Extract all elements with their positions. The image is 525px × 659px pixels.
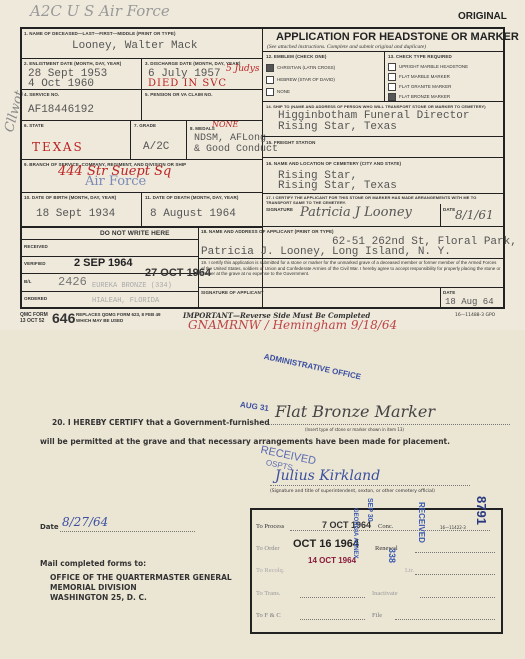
routing-trans-label: To Trans. (256, 590, 280, 597)
transport-date-label: DATE (443, 207, 455, 212)
transport-sig-label: SIGNATURE (266, 207, 293, 212)
form-replaces: REPLACES QDMG FORM 623, 8 FEB 49 WHICH M… (76, 312, 176, 323)
discharge-note: 5 Judys (226, 64, 259, 74)
copy-label: ORIGINAL (458, 11, 507, 22)
checkbox-icon (266, 76, 274, 84)
enlistment-label: 2. ENLISTMENT DATE (Month, Day, Year) (24, 61, 121, 66)
checkbox-checked-icon (266, 64, 274, 72)
death-label: 11. DATE OF DEATH (Month, Day, Year) (145, 195, 238, 200)
died-in-service-note: DIED IN SVC (148, 78, 227, 89)
applicant-name: Patricia J. Looney, (201, 246, 326, 258)
bl-label: B/L (24, 279, 32, 284)
routing-recolq-label: To Recolq. (256, 567, 284, 574)
number-338-stamp: 338 (387, 548, 397, 563)
applicant-address-2: Long Island, N. Y. (332, 246, 451, 258)
birth-date: 18 Sept 1934 (36, 208, 115, 220)
routing-file-label: File (372, 612, 382, 619)
checkbox-icon (388, 83, 396, 91)
date-value: 8/27/64 (62, 515, 108, 529)
certification-text: 19. I certify this application is submit… (201, 260, 501, 277)
service-no-label: 4. SERVICE NO. (24, 92, 59, 97)
applicant-date: 18 Aug 64 (445, 296, 494, 308)
routing-recolq-stamp: 14 OCT 1964 (308, 556, 356, 565)
enlistment-date-2: 4 Oct 1960 (28, 78, 94, 90)
transport-signature: Patricia J Looney (300, 205, 412, 220)
deceased-name: Looney, Walter Mack (72, 40, 197, 52)
office-use-header: DO NOT WRITE HERE (100, 230, 170, 237)
routing-fc-label: To F & C (256, 612, 281, 619)
service-no: AF18446192 (28, 104, 94, 116)
received-vertical-stamp: RECEIVED (417, 502, 426, 543)
form-id: QMC FORM 13 OCT 52 (20, 312, 50, 324)
medals-value-2: & Good Conduct (194, 144, 278, 156)
birth-label: 10. DATE OF BIRTH (Month, Day, Year) (24, 195, 116, 200)
date-label: Date (40, 523, 59, 531)
received-label: RECEIVED (24, 244, 48, 249)
emblem-christian[interactable]: CHRISTIAN (Latin Cross) (266, 64, 335, 72)
routing-inactivate-label: Inactivate (372, 590, 398, 597)
marker-type-sublabel: (Insert type of stone or marker shown in… (305, 427, 404, 432)
official-label: (Signature and title of superintendent, … (270, 489, 435, 494)
routing-process-stamp: 7 OCT 1964 (322, 520, 371, 530)
certify-prefix: 20. I HEREBY CERTIFY that a Government-f… (52, 418, 270, 427)
state-value: TEXAS (32, 140, 84, 154)
emblem-hebrew[interactable]: HEBREW (Star of David) (266, 76, 335, 84)
routing-ltr-label: Ltr. (405, 567, 414, 574)
routing-order-label: To Order (256, 545, 280, 552)
mail-line-2: MEMORIAL DIVISION (50, 583, 137, 592)
routing-conc-label: Conc. (378, 523, 393, 530)
mail-label: Mail completed forms to: (40, 559, 146, 568)
pension-label: 5. PENSION OR VA CLAIM NO. (145, 92, 213, 97)
type-flat-marble[interactable]: FLAT MARBLE MARKER (388, 73, 450, 81)
certified-marker-type: Flat Bronze Marker (275, 402, 435, 421)
type-flat-granite[interactable]: FLAT GRANITE MARKER (388, 83, 451, 91)
freight-label: 15. FREIGHT STATION (266, 140, 316, 145)
name-label: 1. NAME OF DECEASED—LAST—FIRST—MIDDLE (P… (24, 31, 176, 36)
emblem-label: 12. EMBLEM (Check one) (266, 54, 326, 59)
form-title: APPLICATION FOR HEADSTONE OR MARKER (276, 31, 519, 43)
applicant-date-label: DATE (443, 290, 455, 295)
routing-process-label: To Process (256, 523, 284, 530)
type-label: 13. CHECK TYPE REQUIRED (388, 54, 452, 59)
checkbox-icon (388, 73, 396, 81)
type-upright-marble[interactable]: UPRIGHT MARBLE HEADSTONE (388, 63, 468, 71)
certify-line-2: will be permitted at the grave and that … (40, 437, 450, 446)
checkbox-icon (266, 88, 274, 96)
form-number: 646 (52, 310, 75, 326)
bl-vendor: EUREKA BRONZE (334) (92, 280, 172, 292)
georgia-annex-stamp: GEORGIA ANNEX (352, 508, 358, 559)
routing-order-stamp: OCT 16 1964 (293, 538, 359, 550)
sep-stamp: SEP 30 (366, 498, 373, 522)
ship-to-label: 14. SHIP TO (Name and address of person … (266, 104, 486, 109)
file-number-stamp: 8791 (474, 496, 489, 525)
grade-label: 7. GRADE (134, 123, 156, 128)
checkbox-icon (388, 63, 396, 71)
applicant-label: 18. NAME AND ADDRESS OF APPLICANT (Print… (201, 229, 334, 234)
emblem-none[interactable]: NONE (266, 88, 290, 96)
handwritten-top-note: A2C U S Air Force (30, 2, 170, 20)
checkbox-checked-icon (388, 93, 396, 101)
footer-handwritten: GNAMRNW / Hemingham 9/18/64 (188, 318, 397, 332)
form-subtitle: (See attached instructions. Complete and… (267, 44, 426, 50)
cemetery-label: 16. NAME AND LOCATION OF CEMETERY (City … (266, 161, 401, 166)
cemetery-line-2: Rising Star, Texas (278, 180, 397, 192)
ship-to-line-2: Rising Star, Texas (278, 121, 397, 133)
ordered-value: HIALEAH, FLORIDA (92, 295, 159, 307)
type-flat-bronze[interactable]: FLAT BRONZE MARKER (388, 93, 450, 101)
transport-date: 8/1/61 (455, 208, 494, 222)
branch-value-2: Air Force (85, 174, 146, 189)
form-code: 16—11488-3 GPO (455, 313, 495, 318)
mail-line-3: WASHINGTON 25, D. C. (50, 593, 147, 602)
ordered-label: ORDERED (24, 296, 47, 301)
bl-value: 2426 (58, 276, 87, 288)
applicant-sig-label: SIGNATURE OF APPLICANT (201, 290, 264, 295)
state-label: 6. STATE (24, 123, 44, 128)
official-signature: Julius Kirkland (275, 468, 380, 484)
transport-cert-label: 17. I CERTIFY THE APPLICANT FOR THIS STO… (266, 195, 501, 205)
grade-value: A/2C (143, 141, 169, 153)
verified-stamp: 2 SEP 1964 (74, 257, 133, 269)
medals-note: NONE (212, 120, 238, 129)
mail-line-1: OFFICE OF THE QUARTERMASTER GENERAL (50, 573, 232, 582)
death-date: 8 August 1964 (150, 208, 236, 220)
verified-label: VERIFIED (24, 261, 46, 266)
